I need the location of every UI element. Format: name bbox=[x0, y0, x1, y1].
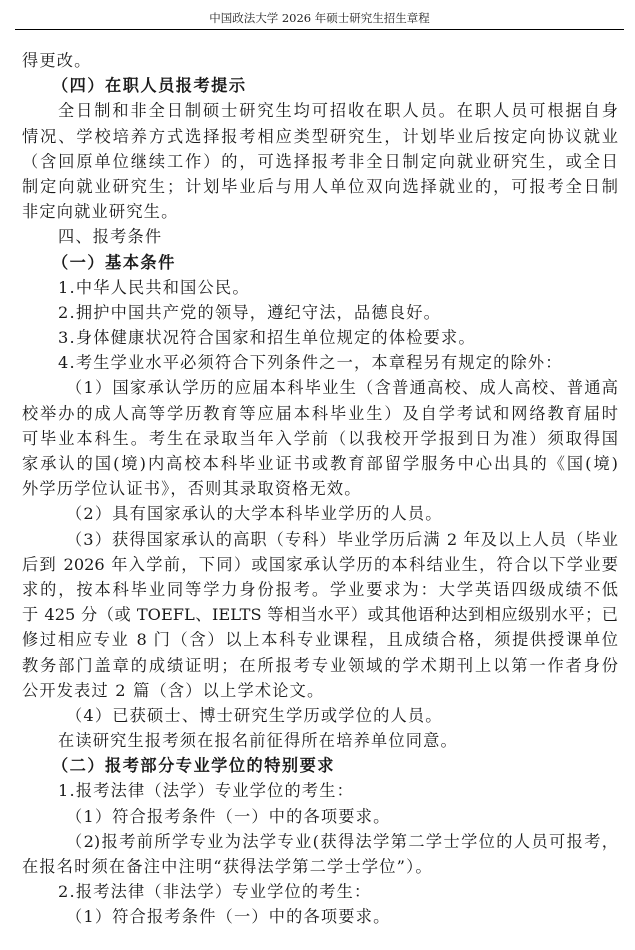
paragraph-line: 在报名时须在备注中注明“获得法学第二学士学位”）。 bbox=[22, 854, 618, 879]
paragraph-line: 校举办的成人高等学历教育等应届本科毕业生）及自学考试和网络教育届时 bbox=[22, 401, 618, 426]
document-title: 中国政法大学 2026 年硕士研究生招生章程 bbox=[209, 11, 430, 25]
paragraph-line: 公开发表过 2 篇（含）以上学术论文。 bbox=[22, 678, 618, 703]
list-item: 1.中华人民共和国公民。 bbox=[22, 275, 618, 300]
text-line: 得更改。 bbox=[22, 48, 618, 73]
list-item: 1.报考法律（法学）专业学位的考生： bbox=[22, 778, 618, 803]
document-body: 得更改。 （四）在职人员报考提示 全日制和非全日制硕士研究生均可招收在职人员。在… bbox=[22, 48, 618, 930]
paragraph-line: （含回原单位继续工作）的，可选择报考非全日制定向就业研究生，或全日 bbox=[22, 149, 618, 174]
paragraph-line: 修过相应专业 8 门（含）以上本科专业课程，且成绩合格，须提供授课单位 bbox=[22, 627, 618, 652]
paragraph-line: 制定向就业研究生；计划毕业后与用人单位双向选择就业的，可报考全日制 bbox=[22, 174, 618, 199]
paragraph-line: 非定向就业研究生。 bbox=[22, 199, 618, 224]
paragraph-line: 教务部门盖章的成绩证明；在所报考专业领域的学术期刊上以第一作者身份 bbox=[22, 653, 618, 678]
paragraph-line: 情况、学校培养方式选择报考相应类型研究生，计划毕业后按定向协议就业 bbox=[22, 124, 618, 149]
sub-item: （2）具有国家承认的大学本科毕业学历的人员。 bbox=[22, 501, 618, 526]
paragraph-line: 后到 2026 年入学前，下同）或国家承认学历的本科结业生，符合以下学业要 bbox=[22, 552, 618, 577]
page-header: 中国政法大学 2026 年硕士研究生招生章程 bbox=[15, 0, 624, 30]
paragraph-line: 求的，按本科毕业同等学力身份报考。学业要求为：大学英语四级成绩不低 bbox=[22, 577, 618, 602]
paragraph-line: （2)报考前所学专业为法学专业(获得法学第二学士学位的人员可报考， bbox=[22, 829, 618, 854]
paragraph-line: （1）国家承认学历的应届本科毕业生（含普通高校、成人高校、普通高 bbox=[22, 375, 618, 400]
paragraph-line: 可毕业本科生。考生在录取当年入学前（以我校开学报到日为准）须取得国 bbox=[22, 426, 618, 451]
list-item: 2.拥护中国共产党的领导，遵纪守法，品德良好。 bbox=[22, 300, 618, 325]
paragraph-line: （3）获得国家承认的高职（专科）毕业学历后满 2 年及以上人员（毕业 bbox=[22, 527, 618, 552]
chapter-heading-requirements: 四、报考条件 bbox=[22, 224, 618, 249]
paragraph-line: 家承认的国(境)内高校本科毕业证书或教育部留学服务中心出具的《国(境) bbox=[22, 451, 618, 476]
paragraph-line: 外学历学位认证书》，否则其录取资格无效。 bbox=[22, 476, 618, 501]
note-line: 在读研究生报考须在报名前征得所在培养单位同意。 bbox=[22, 728, 618, 753]
list-item: 3.身体健康状况符合国家和招生单位规定的体检要求。 bbox=[22, 325, 618, 350]
section-heading-basic-conditions: （一）基本条件 bbox=[22, 250, 618, 275]
section-heading-special-requirements: （二）报考部分专业学位的特别要求 bbox=[22, 753, 618, 778]
list-item: 4.考生学业水平必须符合下列条件之一，本章程另有规定的除外： bbox=[22, 350, 618, 375]
sub-item: （4）已获硕士、博士研究生学历或学位的人员。 bbox=[22, 703, 618, 728]
section-heading-in-service: （四）在职人员报考提示 bbox=[22, 73, 618, 98]
paragraph-line: 于 425 分（或 TOEFL、IELTS 等相当水平）或其他语种达到相应级别水… bbox=[22, 602, 618, 627]
sub-item: （1）符合报考条件（一）中的各项要求。 bbox=[22, 904, 618, 929]
list-item: 2.报考法律（非法学）专业学位的考生： bbox=[22, 879, 618, 904]
paragraph-line: 全日制和非全日制硕士研究生均可招收在职人员。在职人员可根据自身 bbox=[22, 98, 618, 123]
sub-item: （1）符合报考条件（一）中的各项要求。 bbox=[22, 804, 618, 829]
